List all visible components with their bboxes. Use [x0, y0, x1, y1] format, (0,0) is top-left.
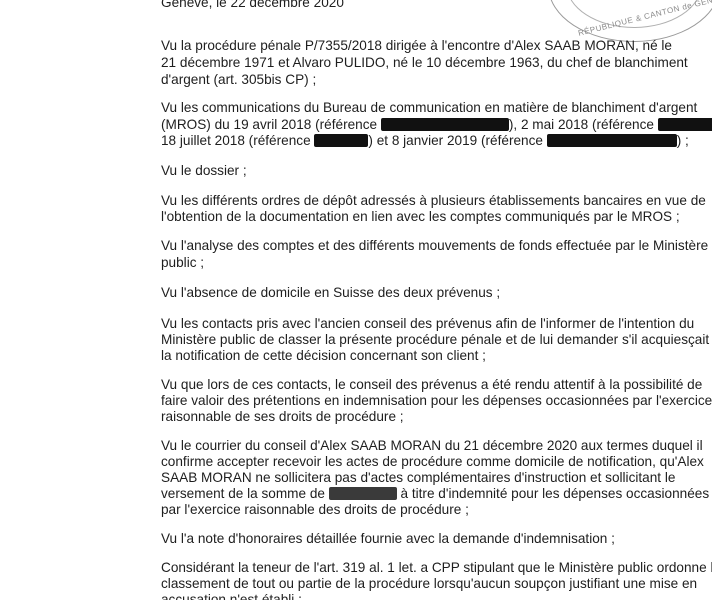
paragraph-line: 21 décembre 1971 et Alvaro PULIDO, né le… — [161, 55, 688, 71]
paragraph-line: d'argent (art. 305bis CP) ; — [161, 72, 316, 88]
place-date: Genève, le 22 décembre 2020 — [161, 0, 344, 11]
redacted-reference — [381, 118, 509, 131]
text-segment: ), 2 mai 2018 (référence — [509, 117, 658, 132]
paragraph-line: public ; — [161, 255, 204, 271]
paragraph-line: Vu le dossier ; — [161, 163, 247, 179]
paragraph-line: l'obtention de la documentation en lien … — [161, 209, 680, 225]
paragraph-line: Vu l'absence de domicile en Suisse des d… — [161, 285, 500, 301]
paragraph-line: confirme accepter recevoir les actes de … — [161, 454, 704, 470]
paragraph-line: Vu les contacts pris avec l'ancien conse… — [161, 316, 694, 332]
text-segment: versement de la somme de — [161, 486, 329, 501]
paragraph-line: Considérant la teneur de l'art. 319 al. … — [161, 560, 712, 576]
paragraph-line: faire valoir des prétentions en indemnis… — [161, 393, 712, 409]
paragraph-line: par l'exercice raisonnable des droits de… — [161, 502, 469, 518]
paragraph-line: Vu que lors de ces contacts, le conseil … — [161, 377, 702, 393]
text-segment: ) ; — [677, 133, 689, 148]
text-segment: (MROS) du 19 avril 2018 (référence — [161, 117, 381, 132]
redacted-reference — [314, 134, 368, 147]
paragraph-line: SAAB MORAN ne sollicitera pas d'actes co… — [161, 470, 675, 486]
paragraph-line: versement de la somme de à titre d'indem… — [161, 486, 709, 502]
paragraph-line: Ministère public de classer la présente … — [161, 332, 712, 348]
text-segment: ) et 8 janvier 2019 (référence — [368, 133, 546, 148]
redacted-reference — [547, 134, 677, 147]
redacted-reference — [658, 118, 712, 131]
paragraph-line: Vu le courrier du conseil d'Alex SAAB MO… — [161, 438, 703, 454]
paragraph-line: 18 juillet 2018 (référence ) et 8 janvie… — [161, 133, 689, 149]
redacted-amount — [329, 487, 397, 500]
paragraph-line: Vu les communications du Bureau de commu… — [161, 100, 697, 116]
paragraph-line: classement de tout ou partie de la procé… — [161, 576, 697, 592]
text-segment: à titre d'indemnité pour les dépenses oc… — [397, 486, 709, 501]
paragraph-line: accusation n'est établi ; — [161, 592, 302, 600]
paragraph-line: Vu la procédure pénale P/7355/2018 dirig… — [161, 38, 672, 54]
text-segment: 18 juillet 2018 (référence — [161, 133, 314, 148]
paragraph-line: (MROS) du 19 avril 2018 (référence ), 2 … — [161, 117, 712, 133]
document-page: RÉPUBLIQUE & CANTON de GENÈVE Genève, le… — [0, 0, 712, 600]
paragraph-line: raisonnable de ses droits de procédure ; — [161, 409, 404, 425]
paragraph-line: la notification de cette décision concer… — [161, 348, 486, 364]
paragraph-line: Vu l'a note d'honoraires détaillée fourn… — [161, 531, 615, 547]
paragraph-line: Vu les différents ordres de dépôt adress… — [161, 193, 706, 209]
paragraph-line: Vu l'analyse des comptes et des différen… — [161, 238, 708, 254]
